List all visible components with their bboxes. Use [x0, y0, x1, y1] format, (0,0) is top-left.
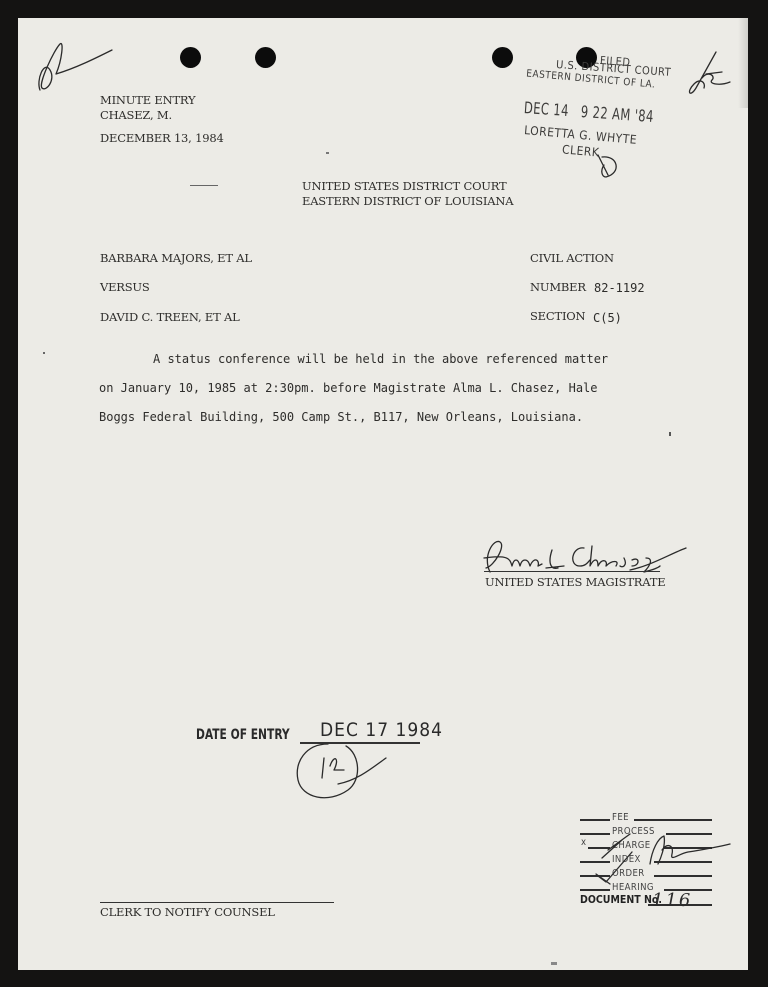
circled-docket-number: [288, 740, 388, 802]
clerk-initial-mark: [594, 151, 624, 181]
page-edge-shadow: [738, 18, 748, 108]
docket-line: [634, 819, 712, 821]
body-line-3: Boggs Federal Building, 500 Camp St., B1…: [99, 403, 583, 432]
docket-item-fee: FEE: [612, 812, 629, 823]
magistrate-signature: [480, 536, 680, 576]
speck: [669, 432, 671, 436]
section-value: C(5): [593, 311, 622, 325]
speck: [326, 152, 329, 154]
case-number-label: NUMBER: [530, 280, 586, 294]
plaintiff-name: BARBARA MAJORS, ET AL: [100, 251, 252, 265]
civil-action-label: CIVIL ACTION: [530, 251, 614, 265]
punch-hole: [180, 47, 201, 68]
notify-counsel-line: [100, 902, 334, 903]
punch-hole: [255, 47, 276, 68]
defendant-name: DAVID C. TREEN, ET AL: [100, 310, 240, 324]
speck: [551, 962, 557, 965]
date-of-entry-label: DATE OF ENTRY: [196, 727, 290, 743]
docket-checkmarks-and-initials: [592, 824, 732, 894]
handwritten-initial-mark: [36, 30, 116, 100]
handwritten-initials-right: [686, 48, 736, 98]
charge-mark: x: [581, 837, 586, 848]
minute-entry-title: MINUTE ENTRY: [100, 93, 195, 107]
court-district: EASTERN DISTRICT OF LOUISIANA: [302, 194, 513, 208]
date-of-entry-value: DEC 17 1984: [320, 719, 443, 741]
magistrate-title: UNITED STATES MAGISTRATE: [485, 575, 665, 589]
versus-label: VERSUS: [100, 280, 150, 294]
decorative-dash: [190, 185, 218, 186]
entry-date: DECEMBER 13, 1984: [100, 131, 224, 145]
body-line-2: on January 10, 1985 at 2:30pm. before Ma…: [99, 374, 598, 403]
punch-hole: [492, 47, 513, 68]
clerk-notify-counsel: CLERK TO NOTIFY COUNSEL: [100, 905, 275, 919]
speck: [43, 352, 45, 354]
docket-line: [580, 819, 610, 821]
signature-line: [484, 571, 660, 572]
magistrate-name: CHASEZ, M.: [100, 108, 172, 122]
case-number-value: 82-1192: [594, 281, 645, 295]
section-label: SECTION: [530, 309, 585, 323]
court-name: UNITED STATES DISTRICT COURT: [302, 179, 507, 193]
filed-stamp-datetime: DEC 14 9 22 AM '84: [523, 98, 654, 126]
document-page: MINUTE ENTRY CHASEZ, M. DECEMBER 13, 198…: [18, 18, 748, 970]
body-line-1: A status conference will be held in the …: [153, 345, 608, 374]
